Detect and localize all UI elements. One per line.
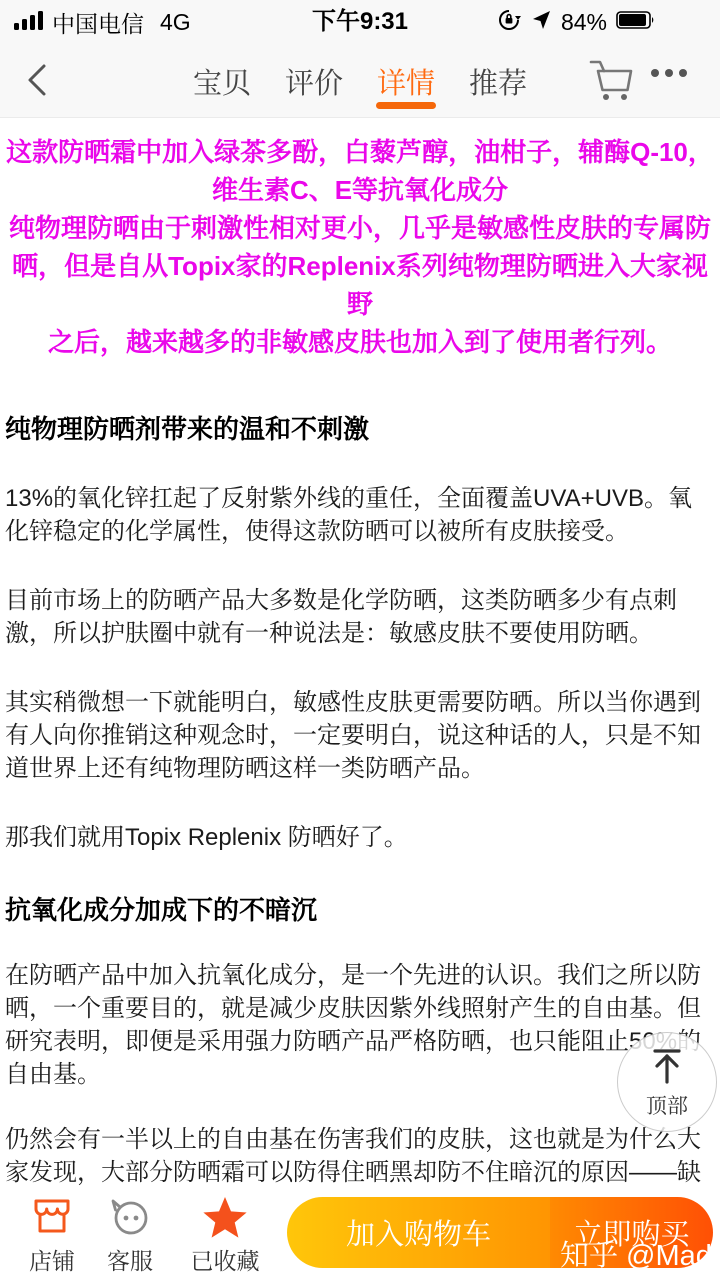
tab-reviews[interactable]: 评价 bbox=[285, 44, 343, 118]
product-detail-screen: 中国电信 4G 下午9:31 84% bbox=[0, 0, 720, 1280]
active-tab-underline bbox=[376, 102, 436, 109]
watermark: 知乎 @Madness bbox=[560, 1233, 720, 1274]
tab-recommend-label: 推荐 bbox=[469, 61, 527, 102]
favorited-button[interactable]: 已收藏 bbox=[180, 1194, 270, 1278]
rotation-lock-icon bbox=[497, 8, 521, 37]
more-menu-button[interactable]: 27 bbox=[648, 66, 694, 84]
status-bar: 中国电信 4G 下午9:31 84% bbox=[0, 0, 720, 44]
status-right: 84% bbox=[497, 0, 656, 44]
tab-details[interactable]: 详情 bbox=[377, 44, 435, 118]
add-to-cart-button[interactable]: 加入购物车 bbox=[287, 1197, 550, 1268]
body-paragraph: 那我们就用Topix Replenix 防晒好了。 bbox=[5, 821, 715, 854]
cart-button[interactable] bbox=[586, 56, 636, 102]
product-description: 这款防晒霜中加入绿茶多酚，白藜芦醇，油柑子，辅酶Q-10， 维生素C、E等抗氧化… bbox=[0, 118, 720, 1280]
arrow-up-to-top-icon bbox=[646, 1045, 688, 1092]
chat-bubble-icon bbox=[107, 1194, 153, 1240]
more-dots-icon bbox=[648, 67, 694, 84]
battery-icon bbox=[616, 10, 656, 35]
section-heading: 纯物理防晒剂带来的温和不刺激 bbox=[5, 413, 715, 446]
highlight-paragraph: 纯物理防晒由于刺激性相对更小，几乎是敏感性皮肤的专属防 晒，但是自从Topix家… bbox=[5, 209, 715, 361]
nav-bar: 宝贝 评价 详情 推荐 bbox=[0, 44, 720, 118]
customer-service-button[interactable]: 客服 bbox=[85, 1194, 175, 1278]
back-to-top-label: 顶部 bbox=[646, 1090, 688, 1120]
body-paragraph: 其实稍微想一下就能明白，敏感性皮肤更需要防晒。所以当你遇到有人向你推销这种观念时… bbox=[5, 686, 715, 785]
section-heading: 抗氧化成分加成下的不暗沉 bbox=[5, 894, 715, 927]
tab-details-label: 详情 bbox=[377, 61, 435, 102]
tab-item-label: 宝贝 bbox=[193, 61, 251, 102]
shop-label: 店铺 bbox=[29, 1243, 75, 1276]
cart-icon bbox=[586, 89, 636, 106]
favorited-label: 已收藏 bbox=[191, 1243, 260, 1276]
body-paragraph: 在防晒产品中加入抗氧化成分，是一个先进的认识。我们之所以防晒，一个重要目的，就是… bbox=[5, 959, 715, 1091]
tab-item[interactable]: 宝贝 bbox=[193, 44, 251, 118]
back-chevron-icon bbox=[22, 89, 52, 106]
highlight-paragraph: 这款防晒霜中加入绿茶多酚，白藜芦醇，油柑子，辅酶Q-10， 维生素C、E等抗氧化… bbox=[5, 133, 715, 209]
star-icon bbox=[202, 1194, 248, 1240]
body-paragraph: 13%的氧化锌扛起了反射紫外线的重任，全面覆盖UVA+UVB。氧化锌稳定的化学属… bbox=[5, 482, 715, 548]
detail-tabs: 宝贝 评价 详情 推荐 bbox=[193, 44, 527, 118]
storefront-icon bbox=[29, 1194, 75, 1240]
tab-reviews-label: 评价 bbox=[285, 61, 343, 102]
tab-recommend[interactable]: 推荐 bbox=[469, 44, 527, 118]
body-paragraph: 目前市场上的防晒产品大多数是化学防晒，这类防晒多少有点刺激，所以护肤圈中就有一种… bbox=[5, 584, 715, 650]
shop-button[interactable]: 店铺 bbox=[7, 1194, 97, 1278]
location-icon bbox=[530, 9, 552, 36]
customer-service-label: 客服 bbox=[107, 1243, 153, 1276]
back-button[interactable] bbox=[22, 58, 66, 102]
battery-percent-label: 84% bbox=[561, 9, 607, 36]
back-to-top-button[interactable]: 顶部 bbox=[617, 1032, 717, 1132]
